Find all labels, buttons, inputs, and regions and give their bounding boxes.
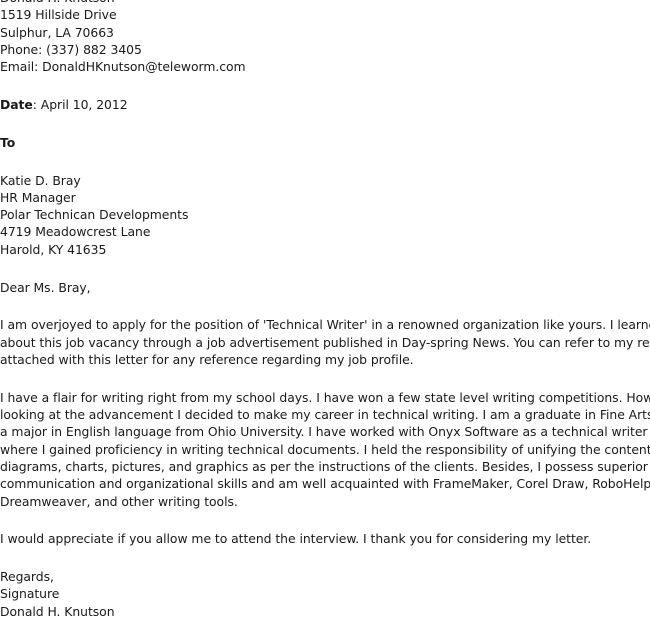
body-paragraph-3: I would appreciate if you allow me to at… bbox=[0, 530, 650, 547]
sender-phone: Phone: (337) 882 3405 bbox=[0, 41, 650, 58]
paragraph-line: attached with this letter for any refere… bbox=[0, 351, 650, 368]
to-heading: To bbox=[0, 135, 15, 150]
recipient-name: Katie D. Bray bbox=[0, 172, 650, 189]
cover-letter: Donald H. Knutson 1519 Hillside Drive Su… bbox=[0, 0, 650, 620]
closing-regards: Regards, bbox=[0, 568, 650, 585]
date-label: Date bbox=[0, 97, 33, 112]
closing-signature: Signature bbox=[0, 585, 650, 602]
paragraph-line: where I gained proficiency in writing te… bbox=[0, 441, 650, 458]
letter-date: Date: April 10, 2012 bbox=[0, 96, 650, 113]
paragraph-line: a major in English language from Ohio Un… bbox=[0, 423, 650, 440]
to-label: To bbox=[0, 134, 650, 151]
sender-street: 1519 Hillside Drive bbox=[0, 6, 650, 23]
sender-city: Sulphur, LA 70663 bbox=[0, 24, 650, 41]
date-value: : April 10, 2012 bbox=[33, 97, 128, 112]
recipient-company: Polar Technican Developments bbox=[0, 206, 650, 223]
recipient-block: Katie D. Bray HR Manager Polar Technican… bbox=[0, 172, 650, 258]
paragraph-line: communication and organizational skills … bbox=[0, 475, 650, 492]
recipient-street: 4719 Meadowcrest Lane bbox=[0, 223, 650, 240]
closing-name: Donald H. Knutson bbox=[0, 603, 650, 620]
paragraph-line: I would appreciate if you allow me to at… bbox=[0, 530, 650, 547]
paragraph-line: looking at the advancement I decided to … bbox=[0, 406, 650, 423]
closing-block: Regards, Signature Donald H. Knutson bbox=[0, 568, 650, 620]
body-paragraph-2: I have a flair for writing right from my… bbox=[0, 389, 650, 510]
paragraph-line: I have a flair for writing right from my… bbox=[0, 389, 650, 406]
paragraph-line: I am overjoyed to apply for the position… bbox=[0, 316, 650, 333]
paragraph-line: diagrams, charts, pictures, and graphics… bbox=[0, 458, 650, 475]
paragraph-line: Dreamweaver, and other writing tools. bbox=[0, 493, 650, 510]
sender-email: Email: DonaldHKnutson@teleworm.com bbox=[0, 58, 650, 75]
paragraph-line: about this job vacancy through a job adv… bbox=[0, 334, 650, 351]
sender-block: Donald H. Knutson 1519 Hillside Drive Su… bbox=[0, 0, 650, 75]
body-paragraph-1: I am overjoyed to apply for the position… bbox=[0, 316, 650, 368]
recipient-city: Harold, KY 41635 bbox=[0, 241, 650, 258]
recipient-title: HR Manager bbox=[0, 189, 650, 206]
salutation: Dear Ms. Bray, bbox=[0, 279, 650, 296]
